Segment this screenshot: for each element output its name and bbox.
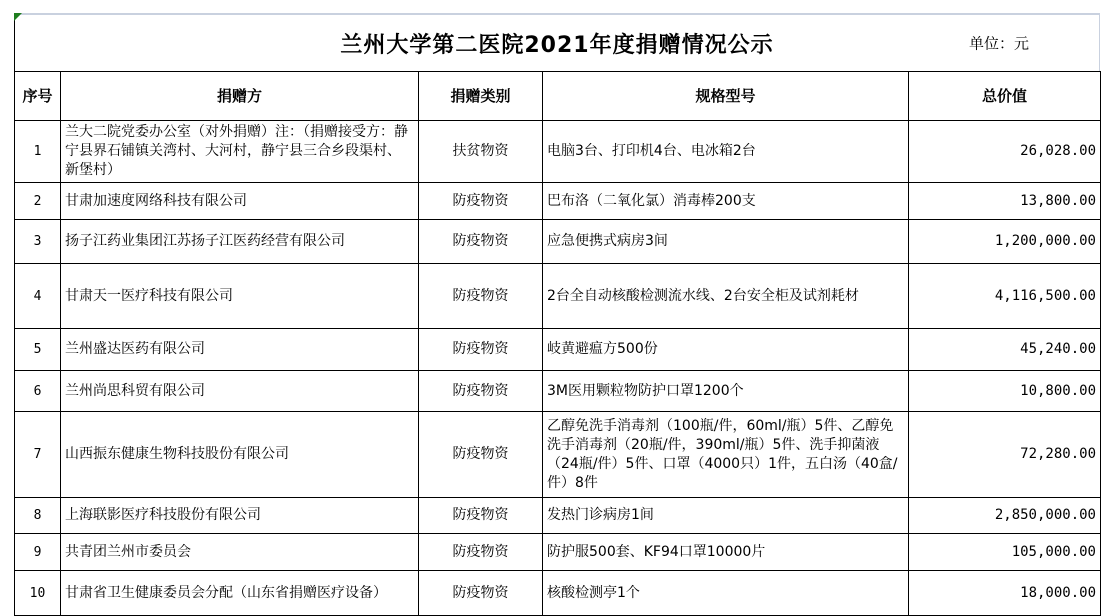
cell-value: 45,240.00 xyxy=(909,329,1101,371)
table-row: 7 山西振东健康生物科技股份有限公司 防疫物资 乙醇免洗手消毒剂（100瓶/件，… xyxy=(15,412,1101,498)
table-row: 5 兰州盛达医药有限公司 防疫物资 岐黄避瘟方500份 45,240.00 xyxy=(15,329,1101,371)
cell-value: 26,028.00 xyxy=(909,121,1101,183)
cell-category: 扶贫物资 xyxy=(419,121,543,183)
unit-label: 单位：元 xyxy=(969,33,1029,54)
cell-spec: 2台全自动核酸检测流水线、2台安全柜及试剂耗材 xyxy=(543,264,909,329)
cell-value: 1,200,000.00 xyxy=(909,220,1101,264)
table-row: 2 甘肃加速度网络科技有限公司 防疫物资 巴布洛（二氧化氯）消毒棒200支 13… xyxy=(15,183,1101,220)
cell-no: 7 xyxy=(15,412,61,498)
cell-no: 4 xyxy=(15,264,61,329)
cell-spec: 应急便携式病房3间 xyxy=(543,220,909,264)
cell-category: 防疫物资 xyxy=(419,412,543,498)
cell-spec: 核酸检测亭1个 xyxy=(543,571,909,616)
cell-spec: 乙醇免洗手消毒剂（100瓶/件，60ml/瓶）5件、乙醇免洗手消毒剂（20瓶/件… xyxy=(543,412,909,498)
cell-no: 1 xyxy=(15,121,61,183)
cell-category: 防疫物资 xyxy=(419,183,543,220)
cell-no: 2 xyxy=(15,183,61,220)
col-header-no: 序号 xyxy=(15,72,61,121)
cell-value: 72,280.00 xyxy=(909,412,1101,498)
cell-category: 防疫物资 xyxy=(419,498,543,534)
cell-spec: 发热门诊病房1间 xyxy=(543,498,909,534)
col-header-value: 总价值 xyxy=(909,72,1101,121)
excel-corner-marker-icon xyxy=(14,13,22,21)
cell-donor: 山西振东健康生物科技股份有限公司 xyxy=(61,412,419,498)
cell-value: 4,116,500.00 xyxy=(909,264,1101,329)
cell-category: 防疫物资 xyxy=(419,571,543,616)
page-title: 兰州大学第二医院2021年度捐赠情况公示 xyxy=(340,28,773,59)
cell-value: 18,000.00 xyxy=(909,571,1101,616)
cell-spec: 3M医用颗粒物防护口罩1200个 xyxy=(543,371,909,412)
table-row: 10 甘肃省卫生健康委员会分配（山东省捐赠医疗设备） 防疫物资 核酸检测亭1个 … xyxy=(15,571,1101,616)
table-row: 8 上海联影医疗科技股份有限公司 防疫物资 发热门诊病房1间 2,850,000… xyxy=(15,498,1101,534)
cell-value: 10,800.00 xyxy=(909,371,1101,412)
cell-no: 5 xyxy=(15,329,61,371)
cell-donor: 甘肃加速度网络科技有限公司 xyxy=(61,183,419,220)
table-row: 9 共青团兰州市委员会 防疫物资 防护服500套、KF94口罩10000片 10… xyxy=(15,534,1101,571)
cell-category: 防疫物资 xyxy=(419,534,543,571)
cell-no: 6 xyxy=(15,371,61,412)
cell-donor: 上海联影医疗科技股份有限公司 xyxy=(61,498,419,534)
cell-no: 9 xyxy=(15,534,61,571)
cell-donor: 扬子江药业集团江苏扬子江医药经营有限公司 xyxy=(61,220,419,264)
cell-donor: 甘肃省卫生健康委员会分配（山东省捐赠医疗设备） xyxy=(61,571,419,616)
cell-value: 13,800.00 xyxy=(909,183,1101,220)
cell-donor: 共青团兰州市委员会 xyxy=(61,534,419,571)
cell-spec: 防护服500套、KF94口罩10000片 xyxy=(543,534,909,571)
table-row: 1 兰大二院党委办公室（对外捐赠）注：（捐赠接受方：静宁县界石铺镇关湾村、大河村… xyxy=(15,121,1101,183)
cell-no: 10 xyxy=(15,571,61,616)
donation-notice-sheet: 兰州大学第二医院2021年度捐赠情况公示 单位：元 序号 捐赠方 捐赠类别 规格… xyxy=(14,13,1100,616)
col-header-category: 捐赠类别 xyxy=(419,72,543,121)
cell-spec: 岐黄避瘟方500份 xyxy=(543,329,909,371)
cell-donor: 兰大二院党委办公室（对外捐赠）注：（捐赠接受方：静宁县界石铺镇关湾村、大河村，静… xyxy=(61,121,419,183)
col-header-spec: 规格型号 xyxy=(543,72,909,121)
cell-value: 105,000.00 xyxy=(909,534,1101,571)
cell-spec: 巴布洛（二氧化氯）消毒棒200支 xyxy=(543,183,909,220)
cell-donor: 兰州盛达医药有限公司 xyxy=(61,329,419,371)
donation-table: 序号 捐赠方 捐赠类别 规格型号 总价值 1 兰大二院党委办公室（对外捐赠）注：… xyxy=(14,71,1101,616)
cell-category: 防疫物资 xyxy=(419,220,543,264)
title-row: 兰州大学第二医院2021年度捐赠情况公示 单位：元 xyxy=(14,13,1100,71)
cell-category: 防疫物资 xyxy=(419,329,543,371)
cell-donor: 甘肃天一医疗科技有限公司 xyxy=(61,264,419,329)
cell-value: 2,850,000.00 xyxy=(909,498,1101,534)
table-row: 6 兰州尚思科贸有限公司 防疫物资 3M医用颗粒物防护口罩1200个 10,80… xyxy=(15,371,1101,412)
table-row: 4 甘肃天一医疗科技有限公司 防疫物资 2台全自动核酸检测流水线、2台安全柜及试… xyxy=(15,264,1101,329)
cell-no: 3 xyxy=(15,220,61,264)
col-header-donor: 捐赠方 xyxy=(61,72,419,121)
table-row: 3 扬子江药业集团江苏扬子江医药经营有限公司 防疫物资 应急便携式病房3间 1,… xyxy=(15,220,1101,264)
cell-donor: 兰州尚思科贸有限公司 xyxy=(61,371,419,412)
header-row: 序号 捐赠方 捐赠类别 规格型号 总价值 xyxy=(15,72,1101,121)
cell-category: 防疫物资 xyxy=(419,371,543,412)
cell-category: 防疫物资 xyxy=(419,264,543,329)
cell-spec: 电脑3台、打印机4台、电冰箱2台 xyxy=(543,121,909,183)
cell-no: 8 xyxy=(15,498,61,534)
